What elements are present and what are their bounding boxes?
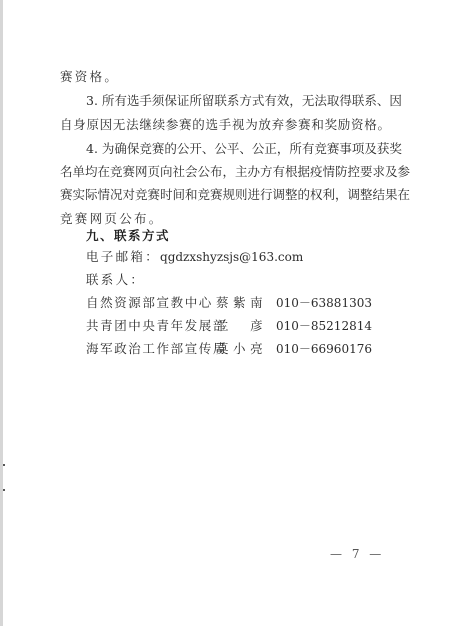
contact-person: 蔡紫南 [216, 295, 264, 311]
section-heading-contact: 九、联系方式 [86, 228, 170, 244]
contact-org: 共青团中央青年发展部 [86, 318, 211, 334]
item-4-line-1: 4. 为确保竞赛的公开、公平、公正，所有竞赛事项及获奖 [86, 141, 390, 157]
item-3-line-1: 3. 所有选手须保证所留联系方式有效，无法取得联系、因 [86, 93, 390, 109]
contact-phone: 010－63881303 [276, 295, 372, 311]
item-3-line-2: 自身原因无法继续参赛的选手视为放弃参赛和奖励资格。 [60, 117, 390, 133]
email-line: 电子邮箱：qgdzxshyzsjs@163.com [86, 249, 303, 265]
contact-person: 兰 彦 [216, 318, 264, 334]
email-address: qgdzxshyzsjs@163.com [160, 250, 303, 264]
paragraph-continuation-line: 赛资格。 [60, 69, 390, 85]
contact-phone: 010－66960176 [276, 341, 372, 357]
document-page: 赛资格。 3. 所有选手须保证所留联系方式有效，无法取得联系、因 自身原因无法继… [0, 0, 450, 626]
item-4-line-2: 名单均在竞赛网页向社会公布，主办方有根据疫情防控要求及参 [60, 164, 390, 180]
item-4-line-4: 竞赛网页公布。 [60, 211, 390, 227]
contacts-label: 联系人： [86, 272, 145, 288]
contact-org: 自然资源部宣教中心 [86, 295, 211, 311]
contact-org: 海军政治工作部宣传局 [86, 341, 211, 357]
contact-phone: 010－85212814 [276, 318, 372, 334]
item-4-line-3: 赛实际情况对竞赛时间和竞赛规则进行调整的权利，调整结果在 [60, 187, 390, 203]
contact-person: 莫小亮 [216, 341, 264, 357]
email-label: 电子邮箱： [86, 249, 160, 264]
page-number: — 7 — [330, 546, 384, 562]
